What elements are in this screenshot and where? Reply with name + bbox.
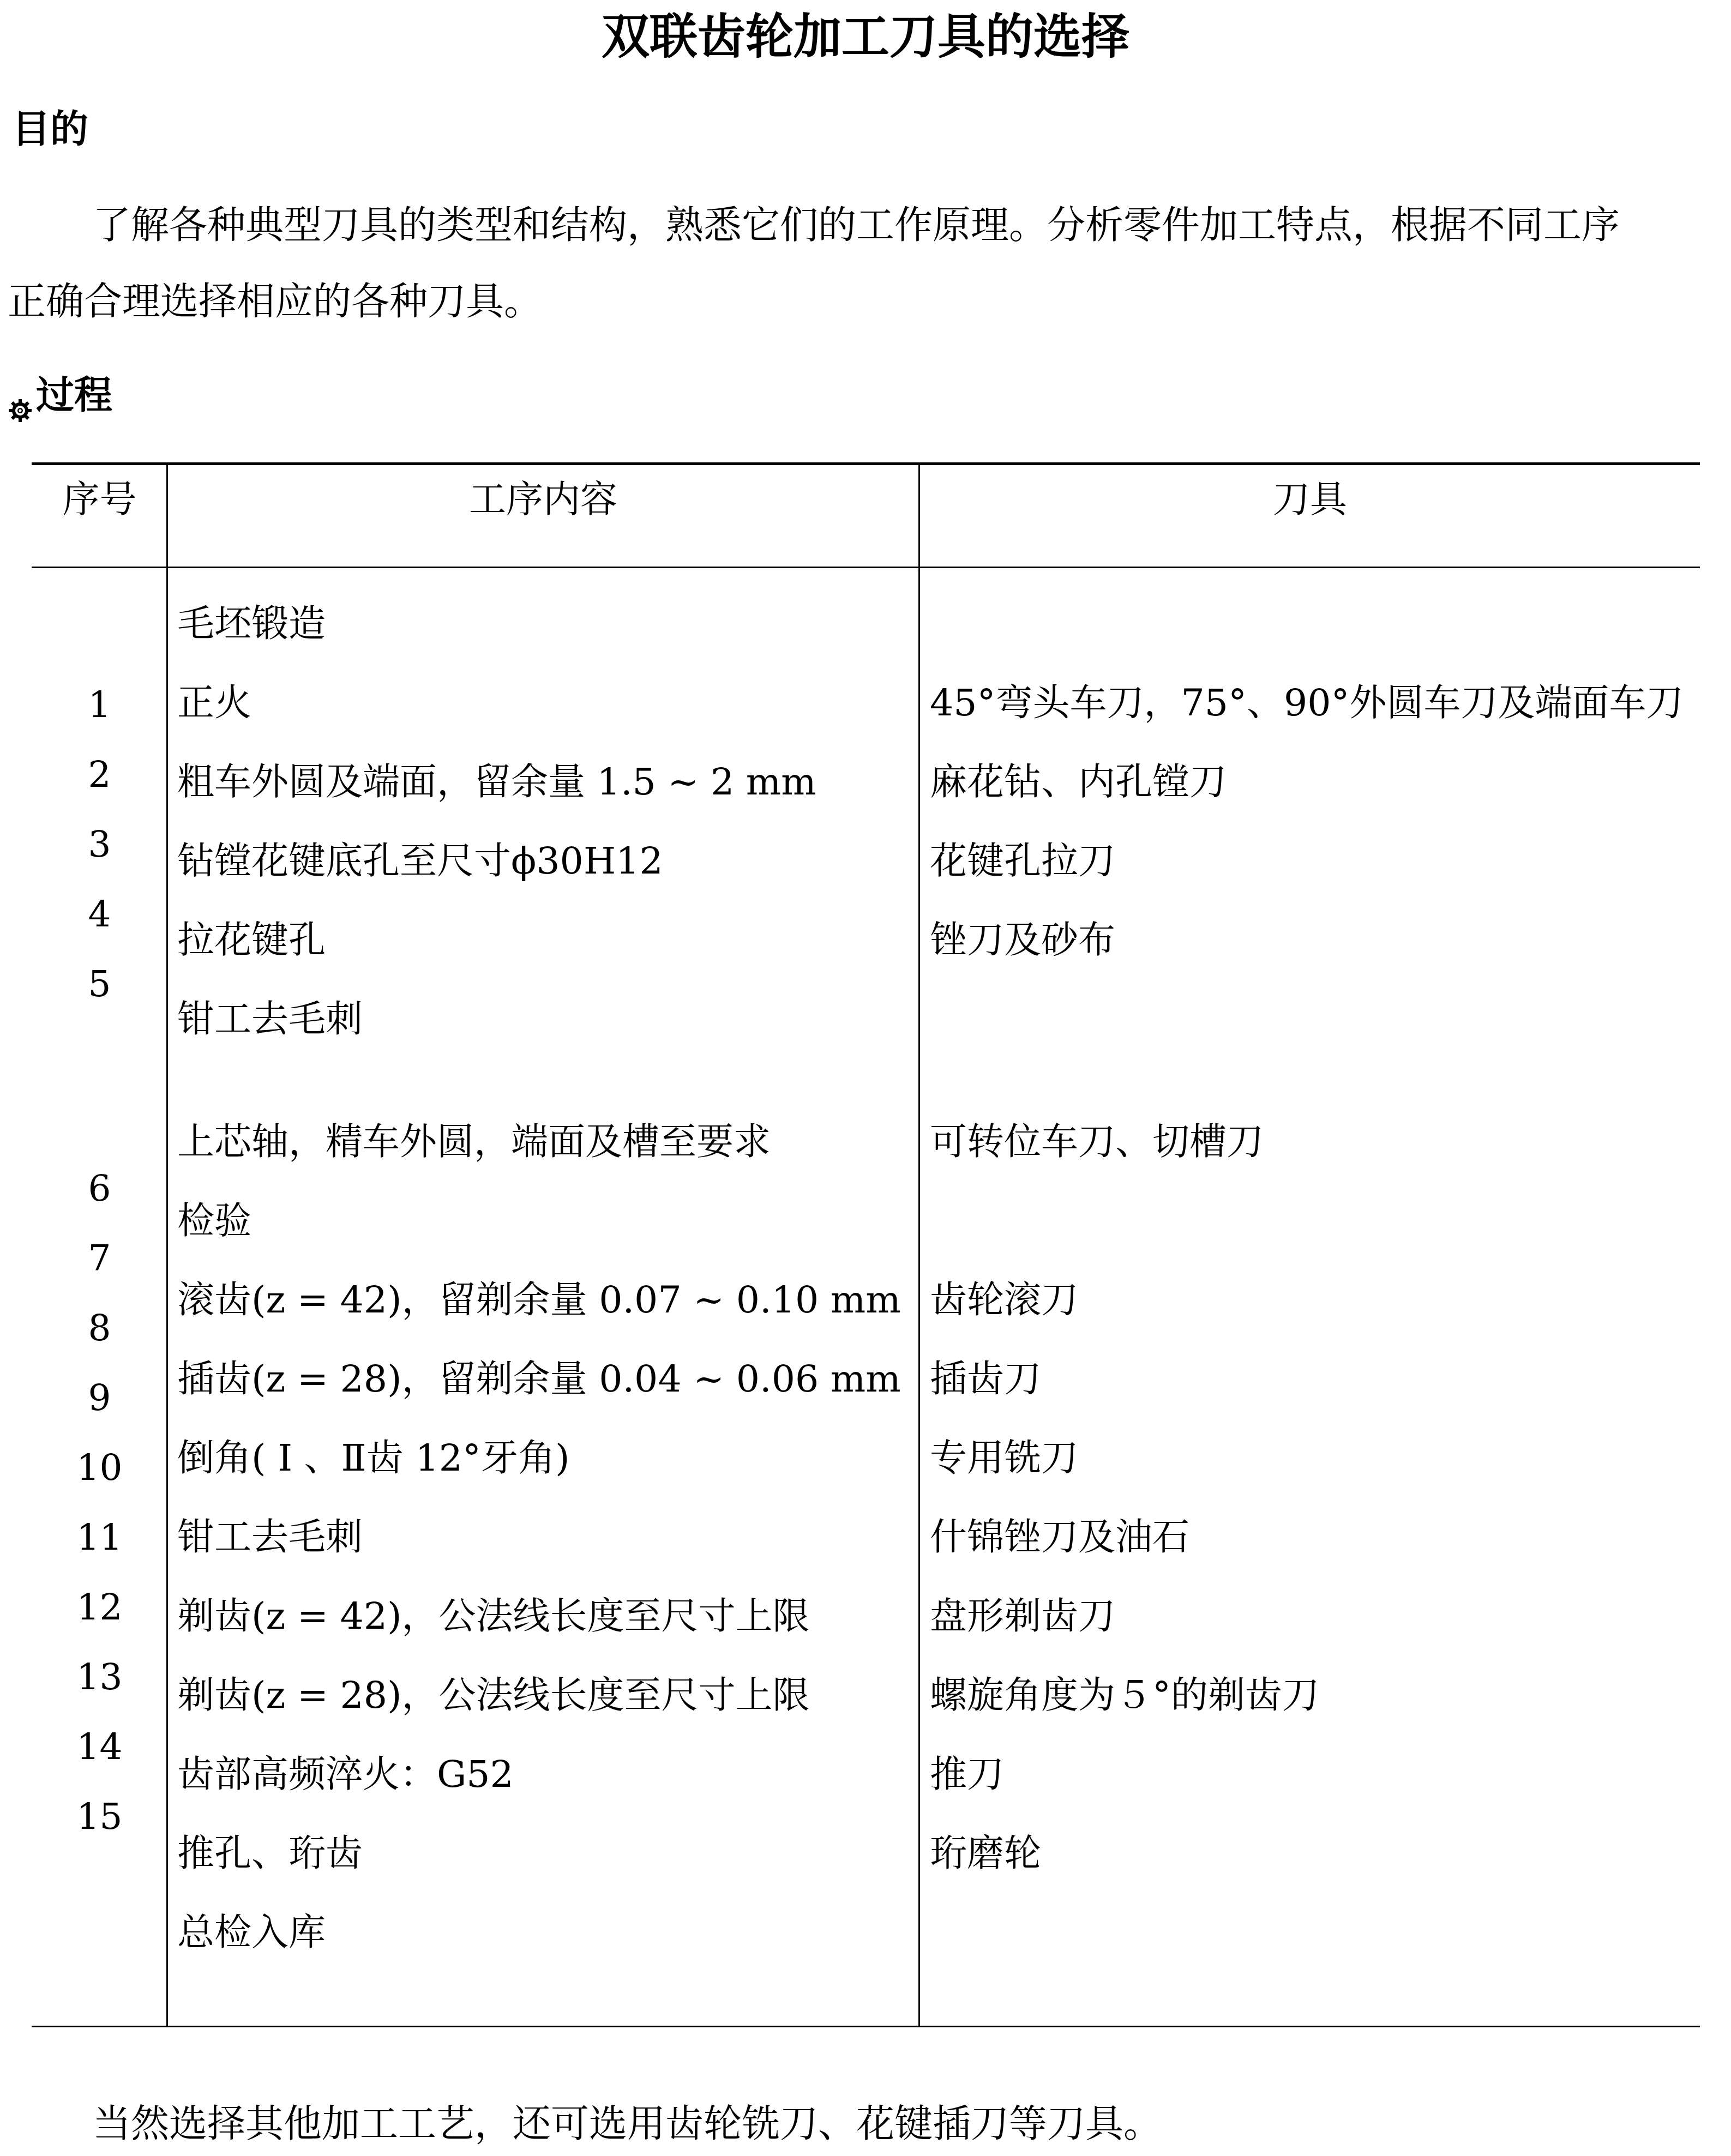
tool-cell: 齿轮滚刀 bbox=[930, 1276, 1078, 1325]
tool-cell: 专用铣刀 bbox=[930, 1434, 1078, 1483]
operation-cell: 毛坯锻造 bbox=[177, 600, 326, 649]
row-number: 9 bbox=[32, 1374, 167, 1423]
purpose-paragraph-line2: 正确合理选择相应的各种刀具。 bbox=[8, 277, 542, 326]
row-number: 6 bbox=[32, 1164, 167, 1213]
gear-icon bbox=[8, 386, 33, 411]
row-number: 1 bbox=[32, 680, 167, 730]
purpose-heading: 目的 bbox=[12, 105, 88, 154]
operation-cell: 钳工去毛刺 bbox=[177, 1513, 363, 1562]
tool-cell: 盘形剃齿刀 bbox=[930, 1592, 1115, 1641]
row-number: 14 bbox=[32, 1723, 167, 1772]
table-header-separator bbox=[32, 567, 1700, 568]
tool-cell: 插齿刀 bbox=[930, 1355, 1041, 1404]
operation-cell: 检验 bbox=[177, 1197, 251, 1246]
tool-cell: 推刀 bbox=[930, 1750, 1004, 1799]
header-tool: 刀具 bbox=[920, 475, 1700, 525]
row-number: 15 bbox=[32, 1792, 167, 1841]
operation-cell: 倒角( Ⅰ 、Ⅱ齿 12°牙角) bbox=[177, 1434, 570, 1483]
tool-cell: 什锦锉刀及油石 bbox=[930, 1513, 1189, 1562]
row-number: 4 bbox=[32, 890, 167, 939]
tool-cell: 麻花钻、内孔镗刀 bbox=[930, 758, 1227, 807]
operation-cell: 剃齿(z = 42)，公法线长度至尺寸上限 bbox=[177, 1592, 810, 1641]
tool-cell: 锉刀及砂布 bbox=[930, 916, 1115, 965]
operation-cell: 粗车外圆及端面，留余量 1.5 ~ 2 mm bbox=[177, 758, 816, 807]
row-number: 5 bbox=[32, 960, 167, 1009]
row-number: 13 bbox=[32, 1653, 167, 1702]
page-title: 双联齿轮加工刀具的选择 bbox=[0, 7, 1731, 67]
operation-cell: 钳工去毛刺 bbox=[177, 995, 363, 1044]
table-bottom-border bbox=[32, 2026, 1700, 2027]
tool-cell: 花键孔拉刀 bbox=[930, 837, 1115, 886]
header-operation: 工序内容 bbox=[168, 475, 918, 525]
row-number: 12 bbox=[32, 1583, 167, 1632]
operation-cell: 上芯轴，精车外圆，端面及槽至要求 bbox=[177, 1118, 771, 1167]
operation-cell: 拉花键孔 bbox=[177, 916, 326, 965]
tool-cell: 可转位车刀、切槽刀 bbox=[930, 1118, 1264, 1167]
operation-cell: 总检入库 bbox=[177, 1908, 326, 1958]
row-number: 2 bbox=[32, 750, 167, 799]
row-number: 7 bbox=[32, 1234, 167, 1283]
tool-cell: 螺旋角度为５°的剃齿刀 bbox=[930, 1671, 1319, 1720]
column-divider-2 bbox=[918, 463, 920, 2027]
operation-cell: 插齿(z = 28)，留剃余量 0.04 ~ 0.06 mm bbox=[177, 1355, 901, 1404]
operation-cell: 正火 bbox=[177, 679, 251, 728]
operation-cell: 剃齿(z = 28)，公法线长度至尺寸上限 bbox=[177, 1671, 810, 1720]
row-number: 11 bbox=[32, 1513, 167, 1562]
process-heading-row: 过程 bbox=[8, 371, 112, 420]
row-number: 8 bbox=[32, 1304, 167, 1353]
operation-cell: 齿部高频淬火：G52 bbox=[177, 1750, 514, 1799]
table-top-border bbox=[32, 462, 1700, 465]
tool-cell: 珩磨轮 bbox=[930, 1829, 1041, 1878]
closing-paragraph: 当然选择其他加工工艺，还可选用齿轮铣刀、花键插刀等刀具。 bbox=[93, 2099, 1162, 2148]
tool-cell: 45°弯头车刀，75°、90°外圆车刀及端面车刀 bbox=[930, 679, 1684, 728]
row-number: 10 bbox=[32, 1443, 167, 1492]
operation-cell: 滚齿(z = 42)，留剃余量 0.07 ~ 0.10 mm bbox=[177, 1276, 901, 1325]
purpose-paragraph-line1: 了解各种典型刀具的类型和结构，熟悉它们的工作原理。分析零件加工特点，根据不同工序 bbox=[93, 201, 1620, 250]
operation-cell: 推孔、珩齿 bbox=[177, 1829, 363, 1878]
operation-cell: 钻镗花键底孔至尺寸ϕ30H12 bbox=[177, 837, 663, 886]
process-heading: 过程 bbox=[36, 373, 112, 418]
row-number: 3 bbox=[32, 820, 167, 869]
header-number: 序号 bbox=[32, 475, 167, 525]
